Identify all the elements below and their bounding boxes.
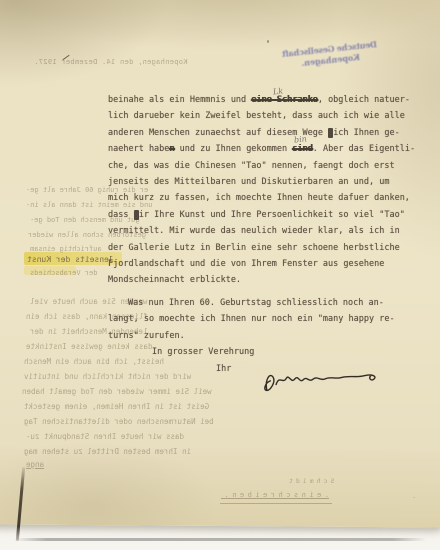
handwritten-signature xyxy=(255,362,390,399)
bleedthrough-text-line: Jenseits der Kunst xyxy=(27,255,114,264)
typed-line-14: langt, so moechte ich Ihnen nur noch ein… xyxy=(108,311,420,327)
typed-text: ir Ihre Kunst und Ihre Persoenlichkeit s… xyxy=(139,210,405,220)
typed-text: . Aber das Eigentli- xyxy=(313,144,415,154)
typed-line-10: der Gallerie Lutz in Berlin eine sehr sc… xyxy=(108,240,420,256)
typed-line-12: Mondscheinnacht erblickte. xyxy=(108,272,420,288)
bleedthrough-text-line: bei Naturmenschen oder dilettantischen T… xyxy=(24,417,214,426)
bleedthrough-text-line: weil Sie immer wieder den Tod gemalt hab… xyxy=(22,387,212,396)
typed-line-11: Fjordlandschaft und die von Ihrem Fenste… xyxy=(108,256,420,272)
typed-line-13: Was nun Ihren 60. Geburtstag schliesslic… xyxy=(108,295,420,311)
bleedthrough-text-line: Schmidt xyxy=(286,477,334,485)
typed-line-4: naehert haben und zu Ihnen gekommen sind… xyxy=(108,141,420,157)
typed-text: dass xyxy=(108,210,134,220)
typed-line-9: vermittelt. Mir wurde das neulich wieder… xyxy=(108,223,420,239)
bleedthrough-text-line: Geist ist in Ihren Heimen, einem gesteck… xyxy=(24,402,209,411)
typed-text: , obgleich natuer- xyxy=(318,95,410,105)
typed-line-7: mich kurz zu fassen, ich moechte Ihnen h… xyxy=(108,190,420,206)
bleedthrough-text-line: aufrichtig einsam xyxy=(30,245,102,253)
typed-line-5: che, das was die Chinesen "Tao" nennen, … xyxy=(108,158,420,174)
struck-text: eine Schranke xyxy=(251,95,318,105)
bleedthrough-text-line: . xyxy=(412,492,416,500)
typed-text: naehert habe xyxy=(108,144,169,154)
typed-text: ich Ihnen ge- xyxy=(333,128,400,138)
bleedthrough-text-line: in Ihrem besten Drittel zu stehen mag xyxy=(24,447,191,456)
typed-line-3: anderen Menschen zunaechst auf diesem We… xyxy=(108,125,420,141)
typed-line-6: jenseits des Mitteilbaren und Diskutierb… xyxy=(108,174,420,190)
typed-line-15: turns" zurufen. xyxy=(108,328,420,344)
bleedthrough-text-line: der Verabschieds xyxy=(30,269,97,277)
scanned-letter-page: Deutsche Gesellschaft Kopenhagen. Kopenh… xyxy=(0,0,440,550)
typed-line-2: lich darueber kein Zweifel besteht, dass… xyxy=(108,108,420,124)
bleedthrough-text-line: .einschreiben. xyxy=(221,491,329,499)
typed-line-1: beinahe als ein Hemmnis und eine Schrank… xyxy=(108,92,420,108)
typed-line-8: dass mir Ihre Kunst und Ihre Persoenlich… xyxy=(108,207,420,223)
pencil-annotation: bin xyxy=(293,132,307,150)
closing-line: In grosser Verehrung xyxy=(152,344,420,360)
pencil-annotation: Lk xyxy=(272,84,284,101)
typed-text: und zu Ihnen gekommen xyxy=(175,144,293,154)
bleedthrough-underline xyxy=(220,503,332,504)
bleedthrough-text-line: Kopenhagen, den 14. Dezember 1927. xyxy=(34,58,188,66)
typed-text: beinahe als ein Hemmnis und xyxy=(108,95,251,105)
typed-letter-body: beinahe als ein Hemmnis und eine Schrank… xyxy=(108,92,420,377)
bleedthrough-text-line: ange xyxy=(26,460,44,469)
bleedthrough-text-line: dass wir heute Ihren Standpunkt zu- xyxy=(26,432,184,441)
